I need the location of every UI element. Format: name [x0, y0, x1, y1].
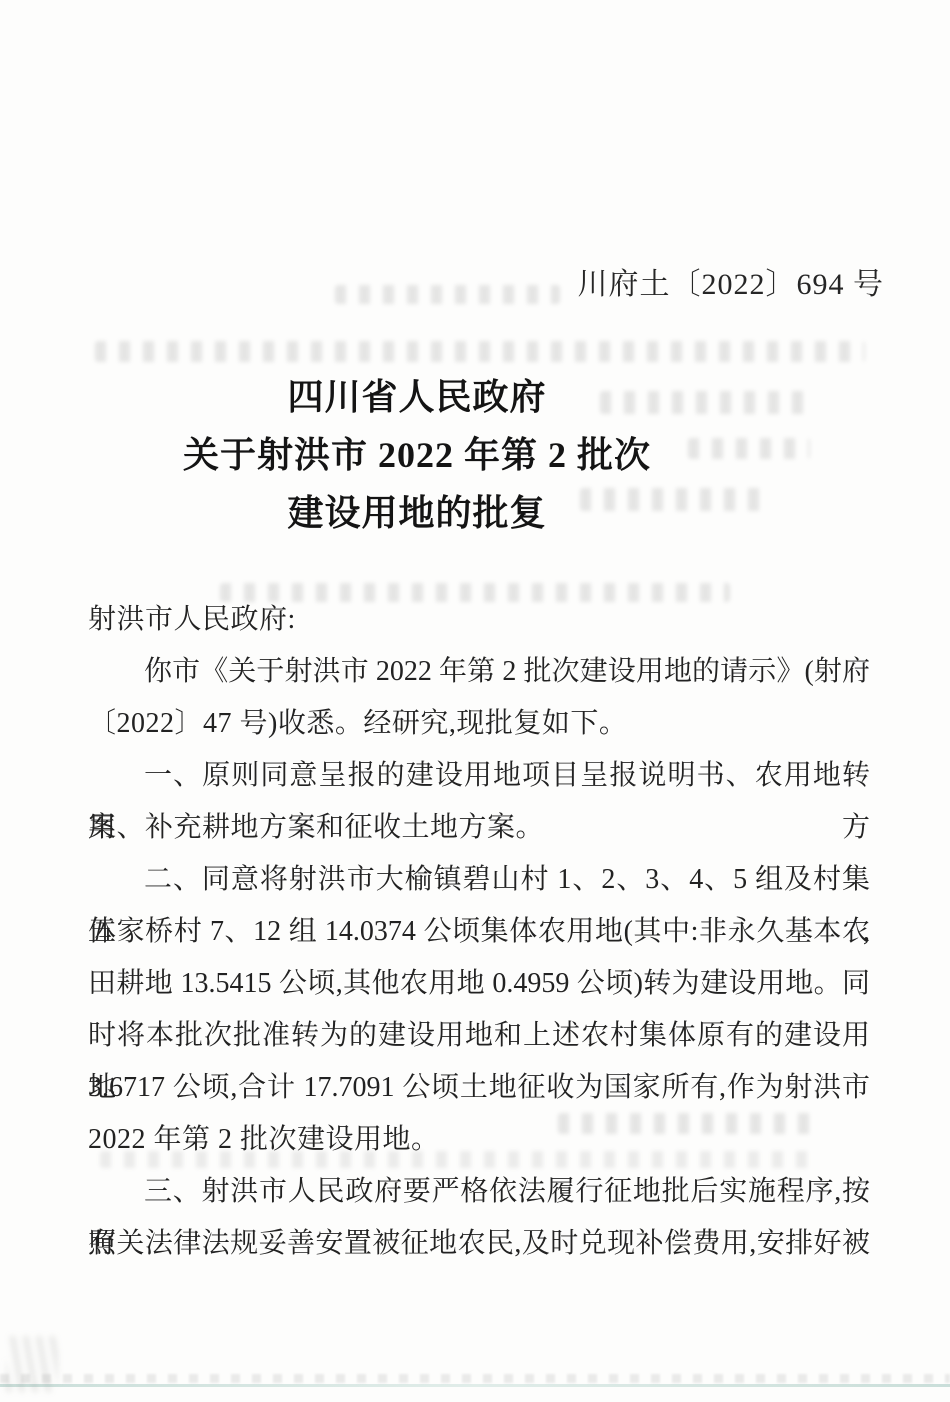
- body-line: 2022 年第 2 批次建设用地。: [88, 1114, 870, 1166]
- title-line: 四川省人民政府: [0, 368, 834, 426]
- bleed-through-row: [95, 341, 865, 362]
- body-line: 五家桥村 7、12 组 14.0374 公顷集体农用地(其中:非永久基本农: [88, 906, 870, 958]
- body-line: 3.6717 公顷,合计 17.7091 公顷土地征收为国家所有,作为射洪市: [88, 1062, 870, 1114]
- title-line: 建设用地的批复: [0, 484, 834, 542]
- body-line: 二、同意将射洪市大榆镇碧山村 1、2、3、4、5 组及村集体,: [88, 854, 870, 906]
- scan-noise-strip: [0, 1374, 950, 1383]
- document-body: 射洪市人民政府: 你市《关于射洪市 2022 年第 2 批次建设用地的请示》(射…: [88, 594, 870, 1270]
- title-line: 关于射洪市 2022 年第 2 批次: [0, 426, 834, 484]
- document-page: 川府土〔2022〕694 号 四川省人民政府 关于射洪市 2022 年第 2 批…: [0, 0, 950, 1402]
- document-title: 四川省人民政府 关于射洪市 2022 年第 2 批次 建设用地的批复: [0, 368, 834, 542]
- body-line: 你市《关于射洪市 2022 年第 2 批次建设用地的请示》(射府: [88, 646, 870, 698]
- body-line: 田耕地 13.5415 公顷,其他农用地 0.4959 公顷)转为建设用地。同: [88, 958, 870, 1010]
- body-line: 一、原则同意呈报的建设用地项目呈报说明书、农用地转用方: [88, 750, 870, 802]
- bleed-through-row: [335, 285, 560, 304]
- document-number: 川府土〔2022〕694 号: [578, 268, 885, 302]
- body-line: 有关法律法规妥善安置被征地农民,及时兑现补偿费用,安排好被: [88, 1218, 870, 1270]
- scan-corner-smudge: [6, 1336, 58, 1392]
- salutation-line: 射洪市人民政府:: [88, 594, 870, 646]
- page-edge-shadow: [0, 1384, 950, 1387]
- body-line: 〔2022〕47 号)收悉。经研究,现批复如下。: [88, 698, 870, 750]
- body-line: 时将本批次批准转为的建设用地和上述农村集体原有的建设用地: [88, 1010, 870, 1062]
- body-line: 三、射洪市人民政府要严格依法履行征地批后实施程序,按照: [88, 1166, 870, 1218]
